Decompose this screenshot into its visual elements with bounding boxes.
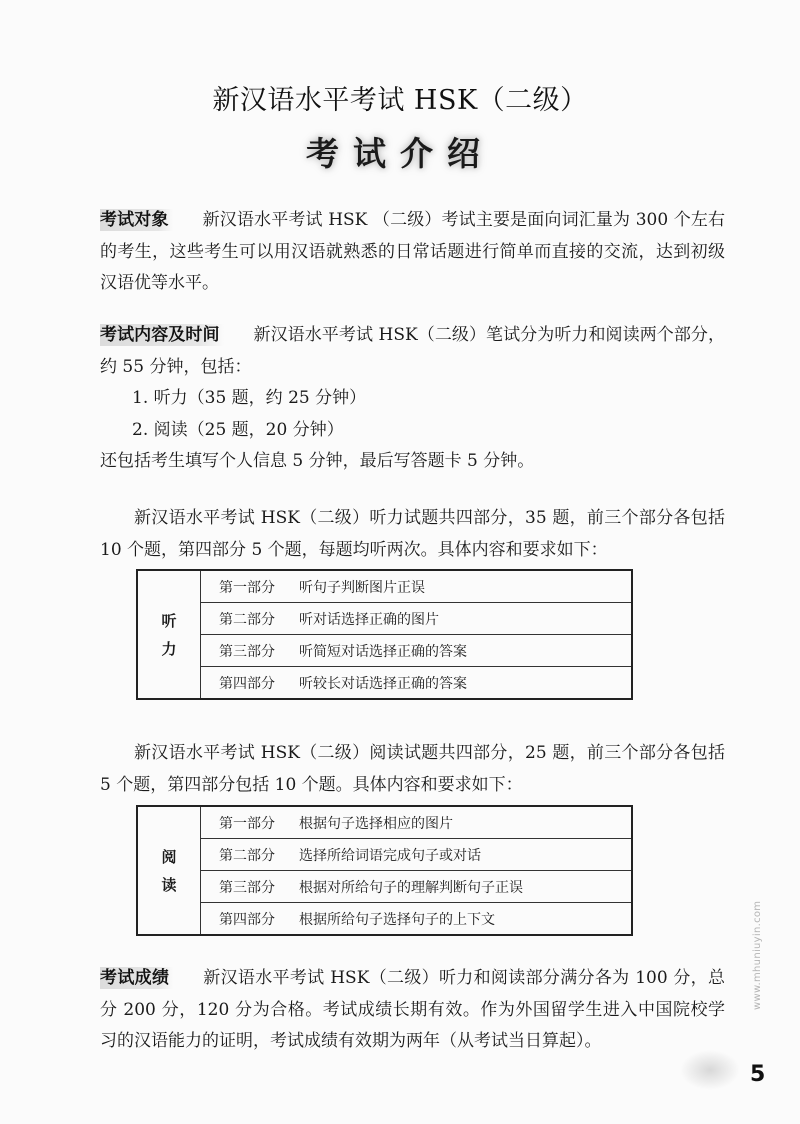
part-name: 第四部分 bbox=[219, 673, 299, 693]
part-desc: 听较长对话选择正确的答案 bbox=[299, 676, 467, 692]
part-cell: 第三部分听简短对话选择正确的答案 bbox=[201, 635, 633, 667]
scan-smudge bbox=[680, 1050, 740, 1090]
section-label-target: 考试对象 bbox=[100, 209, 173, 231]
table-row: 第四部分听较长对话选择正确的答案 bbox=[137, 667, 632, 700]
part-cell: 第二部分选择所给词语完成句子或对话 bbox=[201, 839, 633, 871]
watermark: www.mhuniuyin.com bbox=[752, 880, 772, 1030]
section-content-time: 考试内容及时间新汉语水平考试 HSK（二级）笔试分为听力和阅读两个部分，约 55… bbox=[100, 320, 725, 478]
part-name: 第三部分 bbox=[219, 877, 299, 897]
listening-intro: 新汉语水平考试 HSK（二级）听力试题共四部分，35 题，前三个部分各包括 10… bbox=[100, 503, 725, 566]
table-row: 阅 读 第一部分根据句子选择相应的图片 bbox=[137, 806, 632, 839]
section-intro-content-time: 考试内容及时间新汉语水平考试 HSK（二级）笔试分为听力和阅读两个部分，约 55… bbox=[100, 320, 725, 383]
part-cell: 第四部分根据所给句子选择句子的上下文 bbox=[201, 903, 633, 936]
part-cell: 第二部分听对话选择正确的图片 bbox=[201, 603, 633, 635]
section-target: 考试对象新汉语水平考试 HSK （二级）考试主要是面向词汇量为 300 个左右的… bbox=[100, 205, 725, 300]
group-cell-listening: 听 力 bbox=[137, 570, 201, 699]
group-cell-reading: 阅 读 bbox=[137, 806, 201, 935]
part-cell: 第一部分听句子判断图片正误 bbox=[201, 570, 633, 603]
part-name: 第四部分 bbox=[219, 909, 299, 929]
table-row: 听 力 第一部分听句子判断图片正误 bbox=[137, 570, 632, 603]
section-text-target: 新汉语水平考试 HSK （二级）考试主要是面向词汇量为 300 个左右的考生，这… bbox=[100, 210, 725, 293]
part-desc: 听句子判断图片正误 bbox=[299, 580, 425, 596]
group-label: 阅 bbox=[138, 843, 200, 871]
table-row: 第二部分听对话选择正确的图片 bbox=[137, 603, 632, 635]
section-note-content-time: 还包括考生填写个人信息 5 分钟，最后写答题卡 5 分钟。 bbox=[100, 446, 725, 478]
section-label-scores: 考试成绩 bbox=[100, 967, 173, 989]
part-name: 第一部分 bbox=[219, 577, 299, 597]
part-cell: 第三部分根据对所给句子的理解判断句子正误 bbox=[201, 871, 633, 903]
group-label: 读 bbox=[138, 871, 200, 899]
listening-table: 听 力 第一部分听句子判断图片正误 第二部分听对话选择正确的图片 第三部分听简短… bbox=[136, 569, 633, 700]
group-label: 力 bbox=[138, 635, 200, 663]
group-label: 听 bbox=[138, 607, 200, 635]
part-desc: 选择所给词语完成句子或对话 bbox=[299, 848, 481, 864]
part-desc: 听简短对话选择正确的答案 bbox=[299, 644, 467, 660]
section-label-content-time: 考试内容及时间 bbox=[100, 324, 224, 346]
part-cell: 第一部分根据句子选择相应的图片 bbox=[201, 806, 633, 839]
table-row: 第四部分根据所给句子选择句子的上下文 bbox=[137, 903, 632, 936]
section-scores: 考试成绩新汉语水平考试 HSK（二级）听力和阅读部分满分各为 100 分，总分 … bbox=[100, 963, 725, 1058]
page-number: 5 bbox=[750, 1062, 780, 1087]
reading-table: 阅 读 第一部分根据句子选择相应的图片 第二部分选择所给词语完成句子或对话 第三… bbox=[136, 805, 633, 936]
part-name: 第一部分 bbox=[219, 813, 299, 833]
part-cell: 第四部分听较长对话选择正确的答案 bbox=[201, 667, 633, 700]
part-name: 第二部分 bbox=[219, 845, 299, 865]
part-desc: 根据所给句子选择句子的上下文 bbox=[299, 912, 495, 928]
page-title: 新汉语水平考试 HSK（二级） bbox=[0, 78, 800, 117]
reading-intro: 新汉语水平考试 HSK（二级）阅读试题共四部分，25 题，前三个部分各包括 5 … bbox=[100, 738, 725, 801]
section-text-scores: 新汉语水平考试 HSK（二级）听力和阅读部分满分各为 100 分，总分 200 … bbox=[100, 968, 725, 1051]
page-subtitle: 考试介绍 bbox=[0, 128, 800, 175]
part-desc: 根据句子选择相应的图片 bbox=[299, 816, 453, 832]
part-desc: 听对话选择正确的图片 bbox=[299, 612, 439, 628]
table-row: 第三部分听简短对话选择正确的答案 bbox=[137, 635, 632, 667]
list-item-reading: 2. 阅读（25 题，20 分钟） bbox=[100, 415, 725, 447]
part-name: 第三部分 bbox=[219, 641, 299, 661]
table-row: 第三部分根据对所给句子的理解判断句子正误 bbox=[137, 871, 632, 903]
part-desc: 根据对所给句子的理解判断句子正误 bbox=[299, 880, 523, 896]
table-row: 第二部分选择所给词语完成句子或对话 bbox=[137, 839, 632, 871]
list-item-listening: 1. 听力（35 题，约 25 分钟） bbox=[100, 383, 725, 415]
part-name: 第二部分 bbox=[219, 609, 299, 629]
